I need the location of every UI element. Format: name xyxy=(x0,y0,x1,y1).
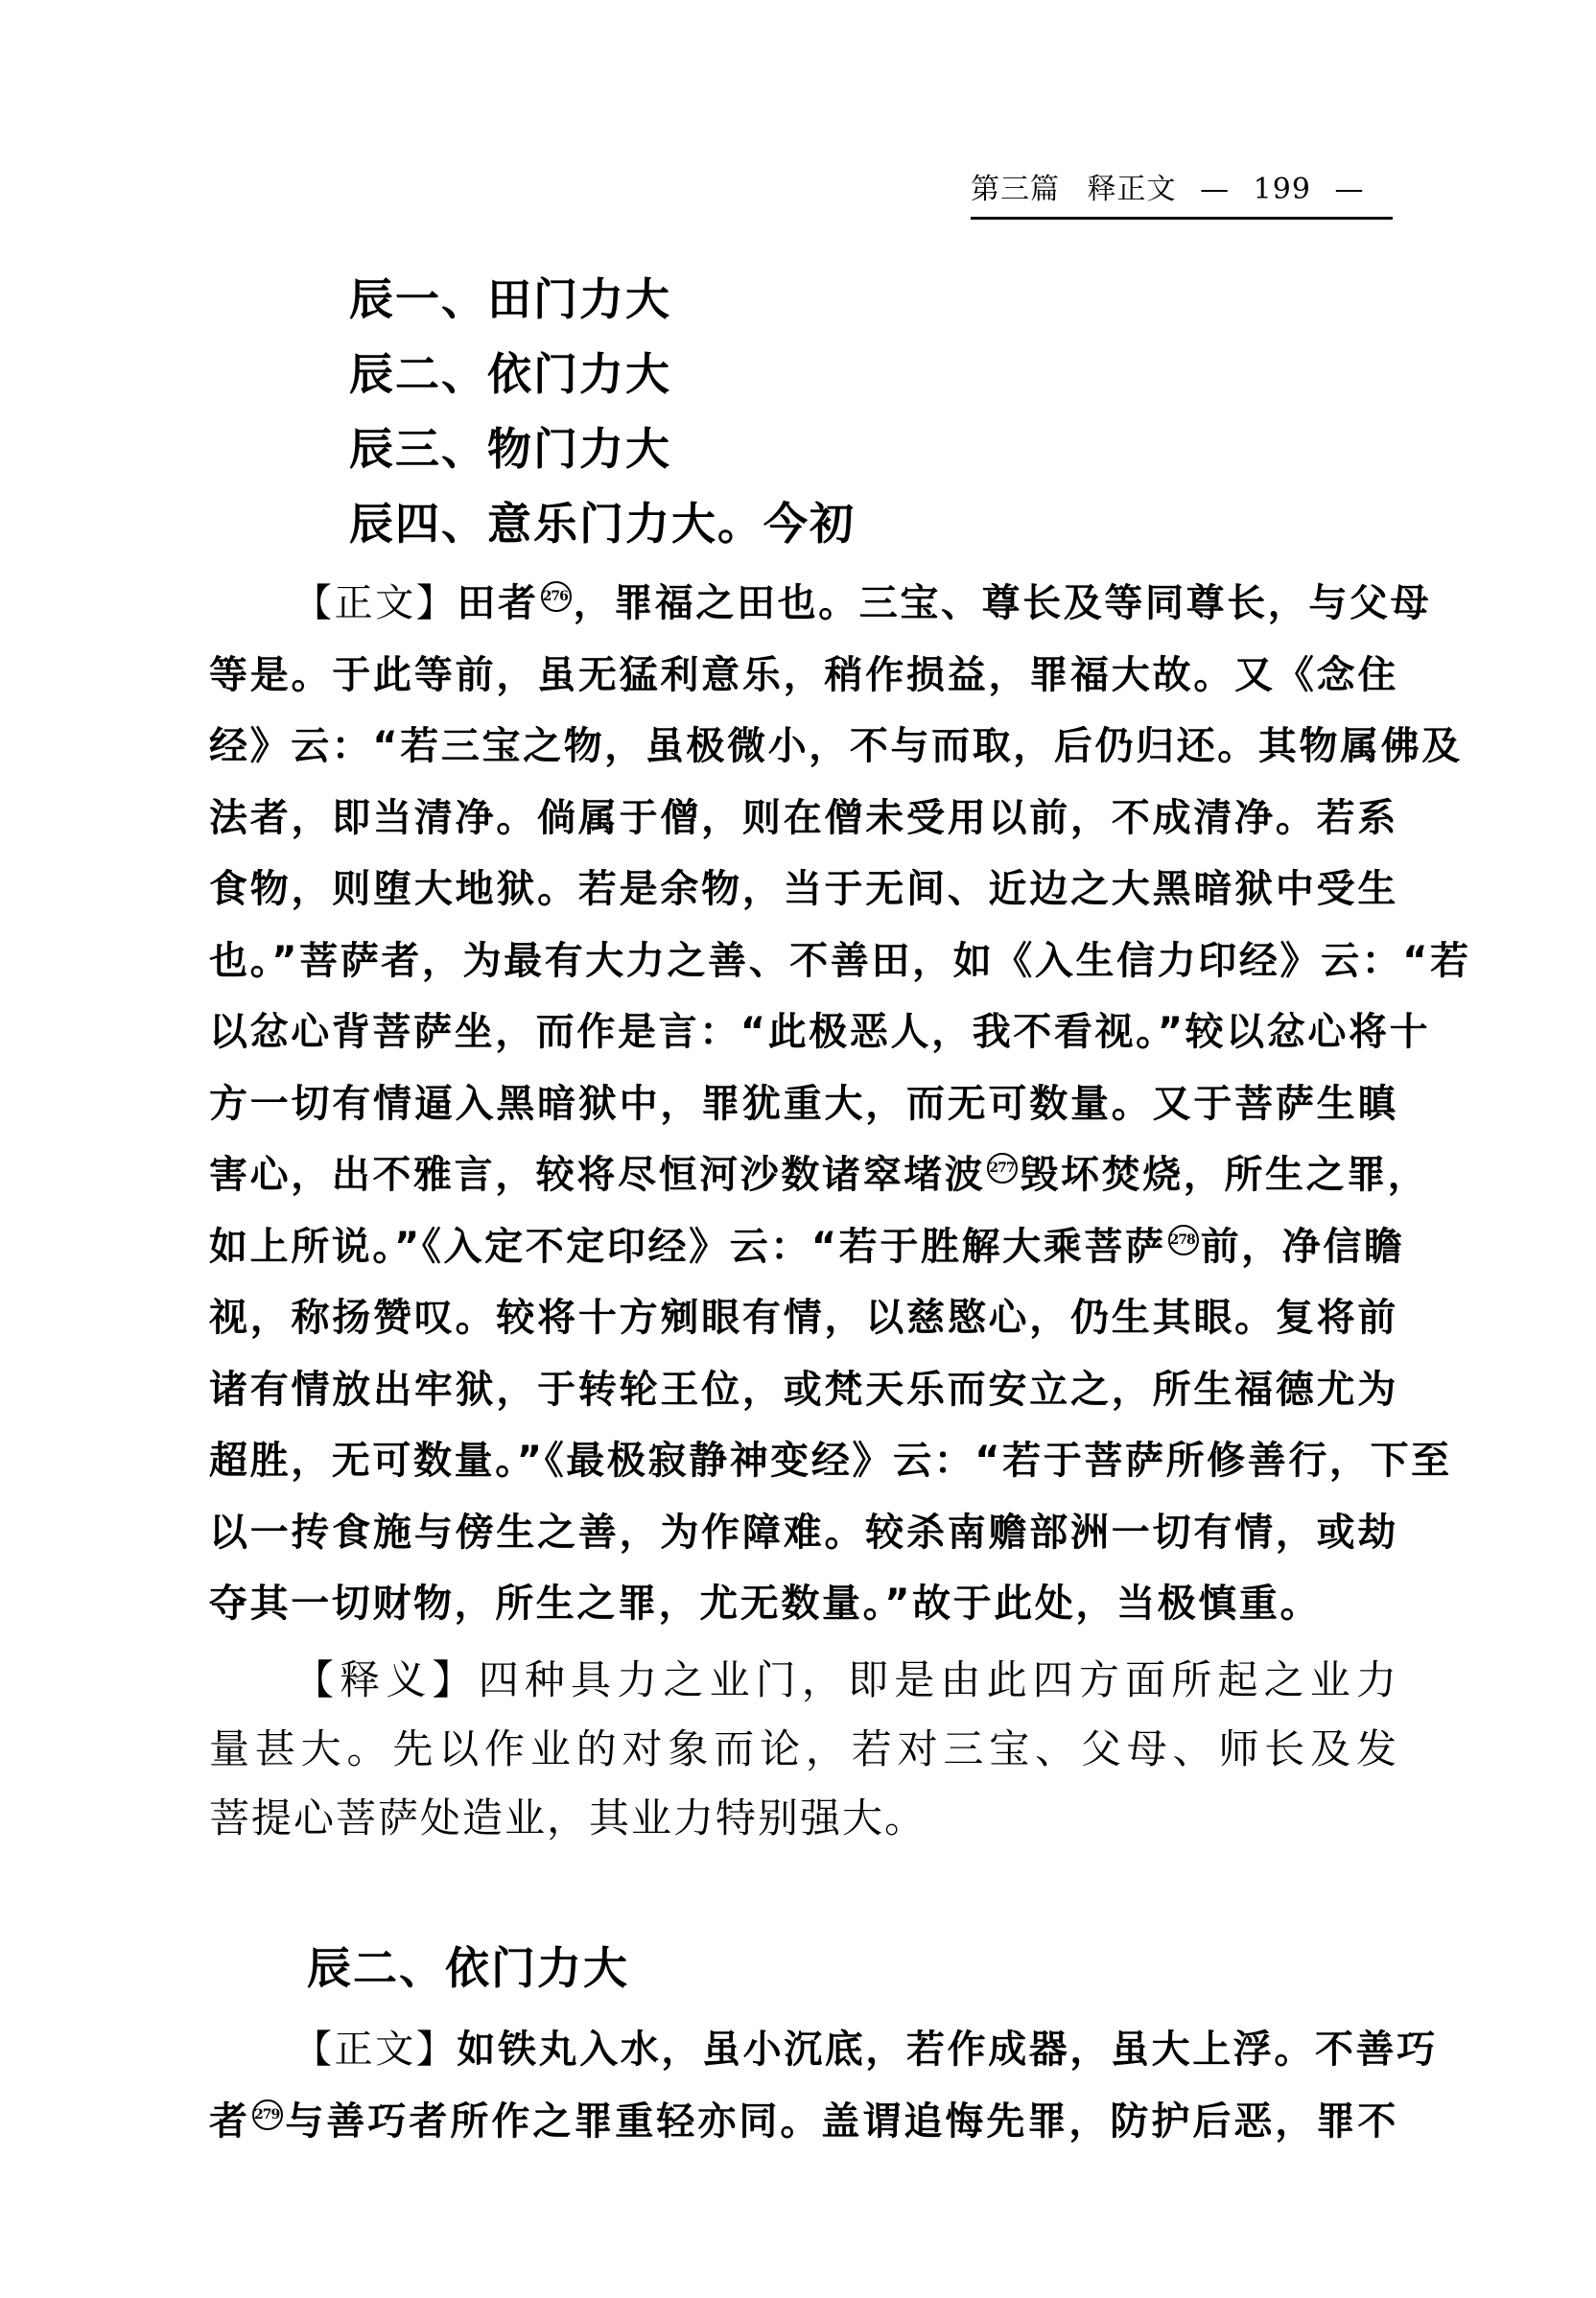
section-heading: 辰二、依门力大 xyxy=(307,1939,629,1997)
text-segment: 四种具力之业门，即是由此四方面所起之业力 xyxy=(479,1656,1398,1703)
zhengwen-label: 【正文】 xyxy=(293,581,457,625)
text-line: 量甚大。先以作业的对象而论，若对三宝、父母、师长及发 xyxy=(209,1715,1398,1784)
header-part: 第三篇 xyxy=(971,173,1060,206)
footnote-marker-279[interactable]: 279 xyxy=(252,2099,283,2130)
zhengwen-label: 【正文】 xyxy=(293,2028,457,2072)
text-line: 以一抟食施与傍生之善，为作障难。较杀南赡部洲一切有情，或劫 xyxy=(209,1497,1398,1569)
text-line: 者279与善巧者所作之罪重轻亦同。盖谓追悔先罪，防护后恶，罪不 xyxy=(209,2086,1398,2158)
footnote-marker-277[interactable]: 277 xyxy=(987,1153,1018,1184)
text-line: 诸有情放出牢狱，于转轮王位，或梵天乐而安立之，所生福德尤为 xyxy=(209,1354,1398,1426)
text-segment: 害心，出不雅言，较将尽恒河沙数诸窣堵波 xyxy=(209,1153,985,1197)
footnote-marker-276[interactable]: 276 xyxy=(541,581,572,612)
text-line: 【释义】四种具力之业门，即是由此四方面所起之业力 xyxy=(209,1646,1398,1715)
text-segment: 前，净信瞻 xyxy=(1201,1225,1405,1269)
text-segment: 田者 xyxy=(457,581,538,625)
footnote-marker-278[interactable]: 278 xyxy=(1168,1225,1199,1255)
header-dash-right: — xyxy=(1334,173,1364,206)
text-line: 以忿心背菩萨坐，而作是言：“此极恶人，我不看视。”较以忿心将十 xyxy=(209,997,1398,1068)
zhengwen-paragraph-2: 【正文】如铁丸入水，虽小沉底，若作成器，虽大上浮。不善巧 者279与善巧者所作之… xyxy=(209,2014,1398,2157)
text-segment: 如铁丸入水，虽小沉底，若作成器，虽大上浮。不善巧 xyxy=(457,2028,1437,2072)
text-line: 视，称扬赞叹。较将十方剜眼有情，以慈愍心，仍生其眼。复将前 xyxy=(209,1282,1398,1354)
text-line: 法者，即当清净。倘属于僧，则在僧未受用以前，不成清净。若系 xyxy=(209,783,1398,855)
text-segment: ，罪福之田也。三宝、尊长及等同尊长，与父母 xyxy=(574,581,1432,625)
text-line: 等是。于此等前，虽无猛利意乐，稍作损益，罪福大故。又《念住 xyxy=(209,640,1398,712)
outline-heading-4: 辰四、意乐门力大。今初 xyxy=(349,495,856,552)
text-segment: 与善巧者所作之罪重轻亦同。盖谓追悔先罪，防护后恶，罪不 xyxy=(285,2099,1398,2144)
text-line: 【正文】田者276，罪福之田也。三宝、尊长及等同尊长，与父母 xyxy=(209,568,1398,640)
text-line: 也。”菩萨者，为最有大力之善、不善田，如《入生信力印经》云：“若 xyxy=(209,926,1398,997)
page-number: 199 xyxy=(1254,173,1311,206)
text-line: 方一切有情逼入黑暗狱中，罪犹重大，而无可数量。又于菩萨生瞋 xyxy=(209,1068,1398,1140)
shiyi-label: 【释义】 xyxy=(293,1656,479,1703)
shiyi-paragraph: 【释义】四种具力之业门，即是由此四方面所起之业力 量甚大。先以作业的对象而论，若… xyxy=(209,1646,1398,1853)
outline-heading-3: 辰三、物门力大 xyxy=(349,420,671,478)
text-segment: 毁坏焚烧，所生之罪， xyxy=(1020,1153,1428,1197)
header-section: 释正文 xyxy=(1088,173,1177,206)
outline-heading-1: 辰一、田门力大 xyxy=(349,270,671,328)
text-line: 经》云：“若三宝之物，虽极微小，不与而取，后仍归还。其物属佛及 xyxy=(209,711,1398,783)
text-segment: 如上所说。”《入定不定印经》云：“若于胜解大乘菩萨 xyxy=(209,1225,1166,1269)
text-segment: 者 xyxy=(209,2099,250,2144)
text-line: 夺其一切财物，所生之罪，尤无数量。”故于此处，当极慎重。 xyxy=(209,1568,1398,1640)
running-header: 第三篇 释正文 — 199 — xyxy=(971,169,1393,220)
header-dash-left: — xyxy=(1200,173,1230,206)
zhengwen-paragraph-1: 【正文】田者276，罪福之田也。三宝、尊长及等同尊长，与父母 等是。于此等前，虽… xyxy=(209,568,1398,1640)
text-line: 食物，则堕大地狱。若是余物，当于无间、近边之大黑暗狱中受生 xyxy=(209,854,1398,926)
text-line: 如上所说。”《入定不定印经》云：“若于胜解大乘菩萨278前，净信瞻 xyxy=(209,1211,1398,1283)
outline-heading-2: 辰二、依门力大 xyxy=(349,345,671,403)
text-line: 菩提心菩萨处造业，其业力特别强大。 xyxy=(209,1784,1398,1853)
text-line: 害心，出不雅言，较将尽恒河沙数诸窣堵波277毁坏焚烧，所生之罪， xyxy=(209,1139,1398,1211)
text-line: 超胜，无可数量。”《最极寂静神变经》云：“若于菩萨所修善行，下至 xyxy=(209,1425,1398,1497)
text-line: 【正文】如铁丸入水，虽小沉底，若作成器，虽大上浮。不善巧 xyxy=(209,2014,1398,2086)
